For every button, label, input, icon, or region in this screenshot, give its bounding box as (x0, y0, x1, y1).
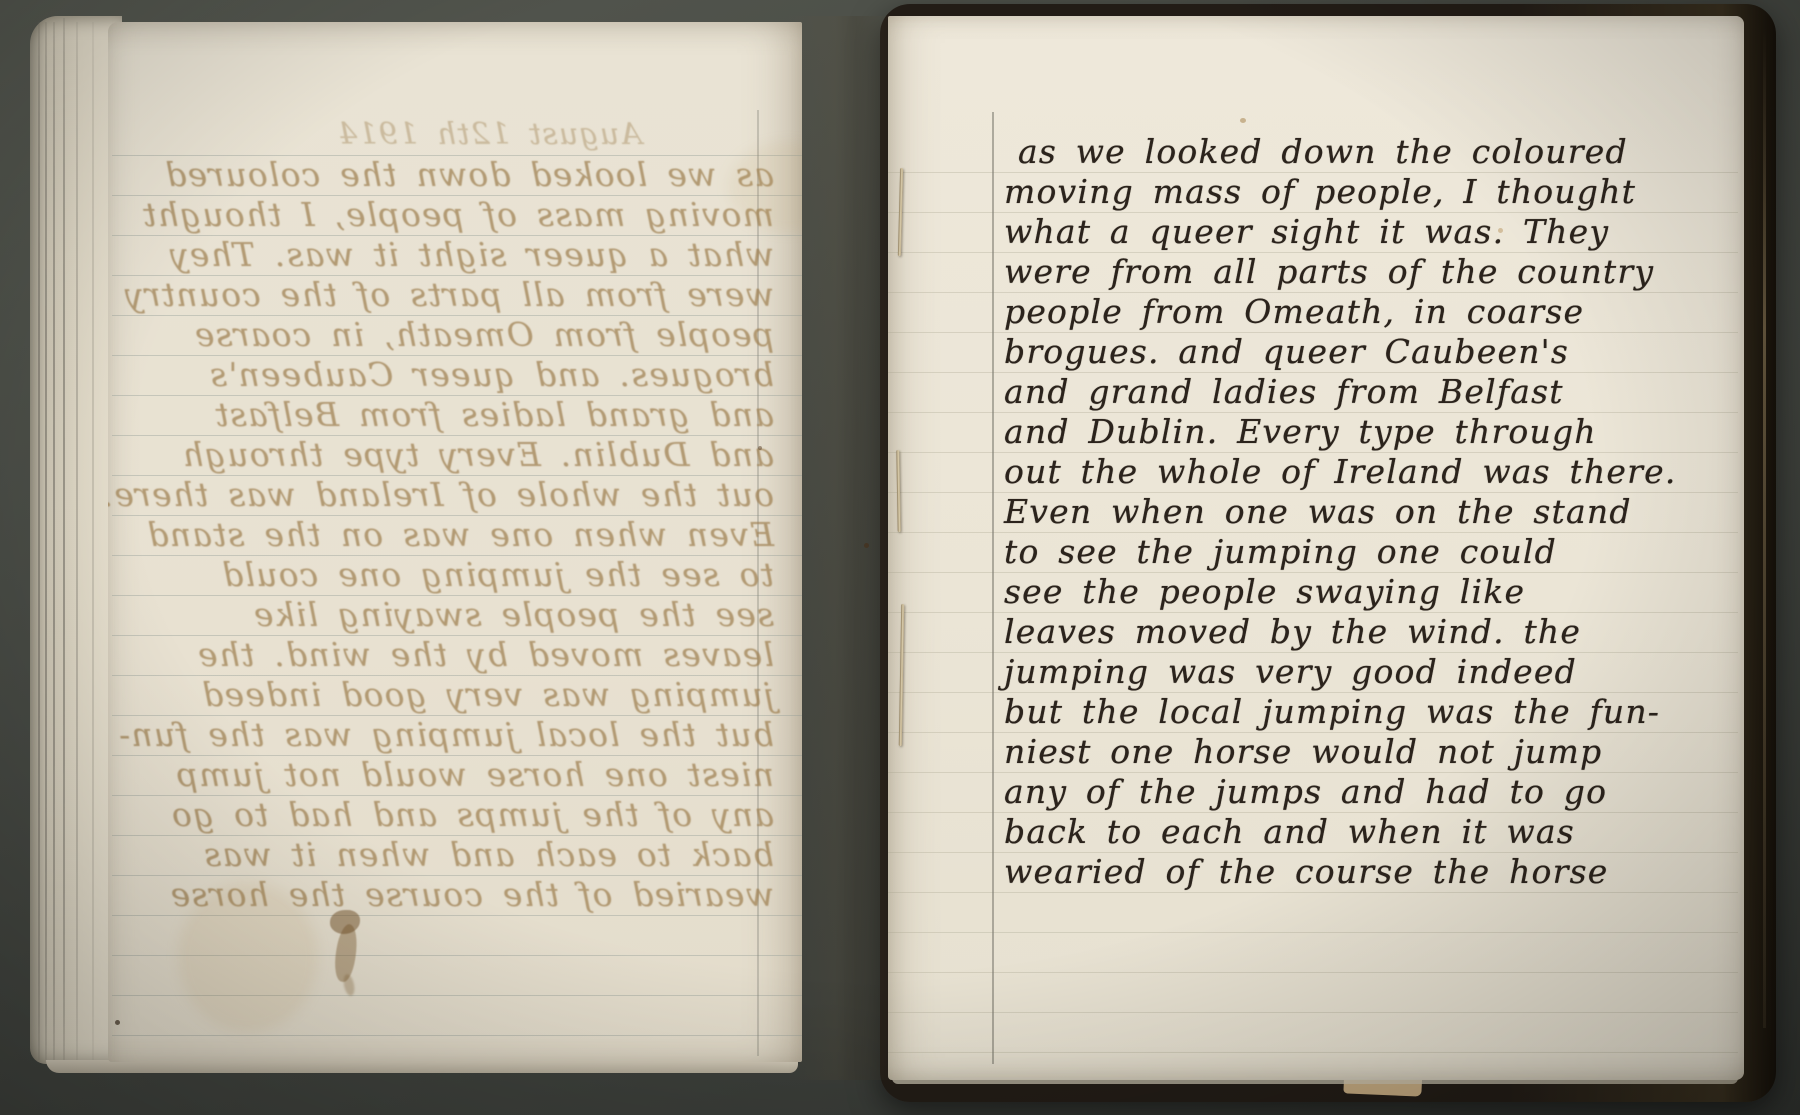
bleed-through-lines: as we looked down the colouredmoving mas… (108, 155, 774, 915)
handwritten-line: see the people swaying like (1004, 572, 1740, 612)
handwritten-line: back to each and when it was (1004, 812, 1740, 852)
bleed-through-line: were from all parts of the country (108, 275, 774, 315)
handwritten-line: to see the jumping one could (1004, 532, 1740, 572)
ink-smudge (330, 910, 370, 1005)
bleed-through-text-block: August 12th 1914 as we looked down the c… (108, 115, 774, 915)
handwritten-line: jumping was very good indeed (1004, 652, 1740, 692)
handwritten-line: brogues. and queer Caubeen's (1004, 332, 1740, 372)
cover-edge-highlight (1763, 28, 1766, 1028)
bleed-through-line: what a queer sight it was. They (108, 235, 774, 275)
ink-smudge-blob (342, 973, 356, 997)
bleed-through-line: Even when one was on the stand (108, 515, 774, 555)
bleed-through-date-header: August 12th 1914 (108, 115, 642, 155)
handwritten-line: Even when one was on the stand (1004, 492, 1740, 532)
bleed-through-line: as we looked down the coloured (108, 155, 774, 195)
ink-speck (864, 543, 869, 548)
page-edge-line (92, 22, 94, 1060)
bleed-through-line: and grand ladies from Belfast (108, 395, 774, 435)
bleed-through-line: and Dublin. Every type through (108, 435, 774, 475)
page-edge-line (76, 22, 78, 1060)
ink-speck (115, 1020, 120, 1025)
bleed-through-line: leaves moved by the wind. the (108, 635, 774, 675)
page-edge-line (53, 22, 55, 1060)
handwritten-line: but the local jumping was the fun- (1004, 692, 1740, 732)
handwritten-line: as we looked down the coloured (1004, 132, 1740, 172)
bleed-through-line: see the people swaying like (108, 595, 774, 635)
handwritten-line: niest one horse would not jump (1004, 732, 1740, 772)
handwritten-line: leaves moved by the wind. the (1004, 612, 1740, 652)
handwritten-entry-text-block: as we looked down the colouredmoving mas… (1004, 132, 1740, 892)
bleed-through-line: out the whole of Ireland was there. (108, 475, 774, 515)
paper-speck (1498, 228, 1503, 233)
handwritten-line: what a queer sight it was. They (1004, 212, 1740, 252)
handwritten-line: and Dublin. Every type through (1004, 412, 1740, 452)
diary-photo-scene: August 12th 1914 as we looked down the c… (0, 0, 1800, 1115)
handwritten-line: people from Omeath, in coarse (1004, 292, 1740, 332)
handwritten-line: were from all parts of the country (1004, 252, 1740, 292)
handwritten-line: out the whole of Ireland was there. (1004, 452, 1740, 492)
bleed-through-line: moving mass of people, I thought (108, 195, 774, 235)
bleed-through-line: jumping was very good indeed (108, 675, 774, 715)
ink-smudge-blob (330, 910, 360, 934)
handwritten-line: wearied of the course the horse (1004, 852, 1740, 892)
paper-stain (178, 882, 318, 1032)
bleed-through-line: brogues. and queer Caubeen's (108, 355, 774, 395)
handwritten-line: moving mass of people, I thought (1004, 172, 1740, 212)
handwritten-line: any of the jumps and had to go (1004, 772, 1740, 812)
bleed-through-line: to see the jumping one could (108, 555, 774, 595)
bleed-through-line: any of the jumps and had to go (108, 795, 774, 835)
page-edge-line (63, 18, 65, 1060)
left-page: August 12th 1914 as we looked down the c… (108, 22, 802, 1062)
bleed-through-line: but the local jumping was the fun- (108, 715, 774, 755)
paper-speck (1240, 118, 1246, 123)
right-page: as we looked down the colouredmoving mas… (888, 16, 1744, 1080)
ink-speck (758, 446, 762, 450)
bleed-through-line: niest one horse would not jump (108, 755, 774, 795)
page-edge-line (45, 22, 47, 1060)
bleed-through-line: back to each and when it was (108, 835, 774, 875)
page-edge-line (38, 22, 40, 1060)
handwritten-line: and grand ladies from Belfast (1004, 372, 1740, 412)
bleed-through-line: people from Omeath, in coarse (108, 315, 774, 355)
right-page-margin-line (992, 112, 994, 1064)
